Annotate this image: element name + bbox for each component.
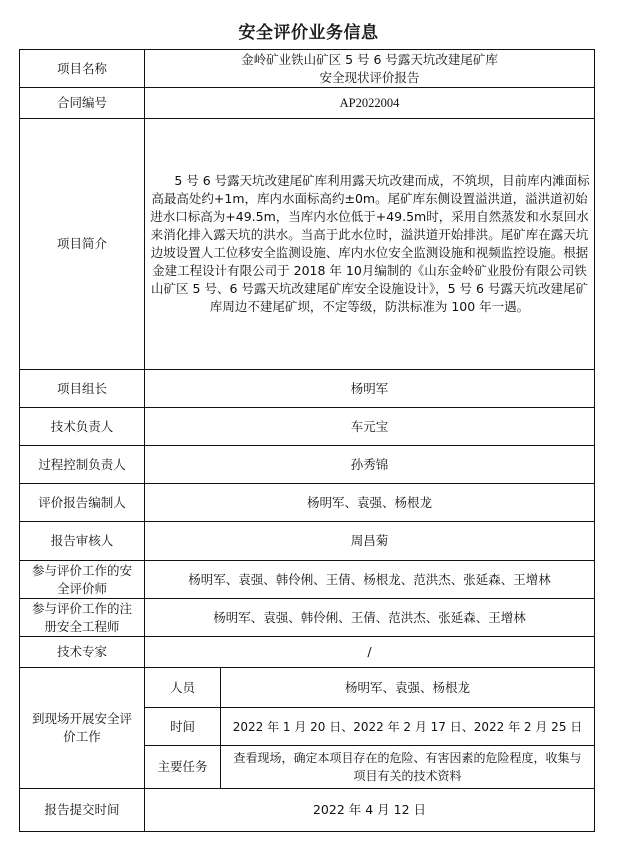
- page-title: 安全评价业务信息: [0, 18, 617, 43]
- row-project-name: 项目名称 金岭矿业铁山矿区 5 号 6 号露天坑改建尾矿库 安全现状评价报告: [20, 50, 595, 88]
- safety-assessors-label: 参与评价工作的安 全评价师: [20, 561, 145, 599]
- onsite-time-label: 时间: [145, 708, 221, 746]
- onsite-main-task-line2: 项目有关的技术资料: [225, 767, 590, 785]
- row-technical-experts: 技术专家 /: [20, 637, 595, 668]
- technical-lead-label: 技术负责人: [20, 408, 145, 446]
- technical-experts-value: /: [145, 637, 595, 668]
- project-name-value: 金岭矿业铁山矿区 5 号 6 号露天坑改建尾矿库 安全现状评价报告: [145, 50, 595, 88]
- submission-date-label: 报告提交时间: [20, 789, 145, 832]
- row-contract-no: 合同编号 AP2022004: [20, 88, 595, 119]
- report-authors-value: 杨明军、袁强、杨根龙: [145, 484, 595, 522]
- onsite-work-label-line1: 到现场开展安全评: [24, 710, 140, 728]
- report-reviewer-label: 报告审核人: [20, 522, 145, 561]
- onsite-main-task-line1: 查看现场，确定本项目存在的危险、有害因素的危险程度，收集与: [225, 749, 590, 767]
- project-summary-value: 5 号 6 号露天坑改建尾矿库利用露天坑改建而成，不筑坝，目前库内滩面标高最高处…: [145, 119, 595, 370]
- row-project-leader: 项目组长 杨明军: [20, 370, 595, 408]
- row-report-authors: 评价报告编制人 杨明军、袁强、杨根龙: [20, 484, 595, 522]
- registered-engineers-label-line1: 参与评价工作的注: [24, 600, 140, 618]
- row-report-reviewer: 报告审核人 周昌菊: [20, 522, 595, 561]
- registered-engineers-value: 杨明军、袁强、韩伶俐、王倩、范洪杰、张延森、王增林: [145, 599, 595, 637]
- process-control-lead-label: 过程控制负责人: [20, 446, 145, 484]
- row-project-summary: 项目简介 5 号 6 号露天坑改建尾矿库利用露天坑改建而成，不筑坝，目前库内滩面…: [20, 119, 595, 370]
- onsite-main-task-label: 主要任务: [145, 746, 221, 789]
- safety-assessors-value: 杨明军、袁强、韩伶俐、王倩、杨根龙、范洪杰、张延森、王增林: [145, 561, 595, 599]
- onsite-personnel-label: 人员: [145, 668, 221, 708]
- row-registered-engineers: 参与评价工作的注 册安全工程师 杨明军、袁强、韩伶俐、王倩、范洪杰、张延森、王增…: [20, 599, 595, 637]
- project-leader-label: 项目组长: [20, 370, 145, 408]
- onsite-personnel-value: 杨明军、袁强、杨根龙: [221, 668, 595, 708]
- row-process-control-lead: 过程控制负责人 孙秀锦: [20, 446, 595, 484]
- row-submission-date: 报告提交时间 2022 年 4 月 12 日: [20, 789, 595, 832]
- project-summary-label: 项目简介: [20, 119, 145, 370]
- technical-experts-label: 技术专家: [20, 637, 145, 668]
- project-name-line2: 安全现状评价报告: [149, 69, 590, 87]
- onsite-work-label: 到现场开展安全评 价工作: [20, 668, 145, 789]
- row-safety-assessors: 参与评价工作的安 全评价师 杨明军、袁强、韩伶俐、王倩、杨根龙、范洪杰、张延森、…: [20, 561, 595, 599]
- registered-engineers-label: 参与评价工作的注 册安全工程师: [20, 599, 145, 637]
- process-control-lead-value: 孙秀锦: [145, 446, 595, 484]
- onsite-work-label-line2: 价工作: [24, 728, 140, 746]
- contract-no-value: AP2022004: [145, 88, 595, 119]
- registered-engineers-label-line2: 册安全工程师: [24, 618, 140, 636]
- onsite-main-task-value: 查看现场，确定本项目存在的危险、有害因素的危险程度，收集与 项目有关的技术资料: [221, 746, 595, 789]
- submission-date-value: 2022 年 4 月 12 日: [145, 789, 595, 832]
- row-technical-lead: 技术负责人 车元宝: [20, 408, 595, 446]
- report-authors-label: 评价报告编制人: [20, 484, 145, 522]
- contract-no-label: 合同编号: [20, 88, 145, 119]
- row-onsite-personnel: 到现场开展安全评 价工作 人员 杨明军、袁强、杨根龙: [20, 668, 595, 708]
- safety-assessors-label-line2: 全评价师: [24, 580, 140, 598]
- project-name-line1: 金岭矿业铁山矿区 5 号 6 号露天坑改建尾矿库: [149, 51, 590, 69]
- technical-lead-value: 车元宝: [145, 408, 595, 446]
- onsite-time-value: 2022 年 1 月 20 日、2022 年 2 月 17 日、2022 年 2…: [221, 708, 595, 746]
- business-info-table: 项目名称 金岭矿业铁山矿区 5 号 6 号露天坑改建尾矿库 安全现状评价报告 合…: [19, 49, 595, 832]
- project-name-label: 项目名称: [20, 50, 145, 88]
- project-leader-value: 杨明军: [145, 370, 595, 408]
- safety-assessors-label-line1: 参与评价工作的安: [24, 562, 140, 580]
- report-reviewer-value: 周昌菊: [145, 522, 595, 561]
